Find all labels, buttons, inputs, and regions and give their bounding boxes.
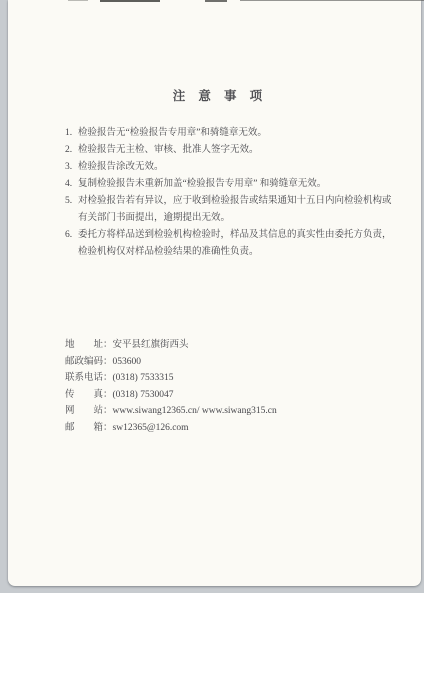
contact-block: 地 址：安平县红旗街西头 邮政编码：053600 联系电话：(0318) 753…: [65, 337, 395, 436]
notice-item: 3. 检验报告涂改无效。: [65, 159, 405, 176]
notice-item: 2. 检验报告无主检、审核、批准人签字无效。: [65, 142, 405, 159]
notice-item: 1. 检验报告无“检验报告专用章”和骑缝章无效。: [65, 125, 405, 142]
contact-label: 传 真：: [65, 390, 113, 400]
notice-item-text: 复制检验报告未重新加盖“检验报告专用章” 和骑缝章无效。: [78, 176, 400, 193]
contact-value: (0318) 7533315: [113, 373, 174, 383]
scan-edge-artifact: [240, 0, 424, 1]
contact-value: 053600: [113, 357, 142, 367]
notice-item-text: 检验报告涂改无效。: [78, 159, 400, 176]
notice-title: 注 意 事 项: [8, 86, 424, 104]
scanned-page: 注 意 事 项 1. 检验报告无“检验报告专用章”和骑缝章无效。 2. 检验报告…: [8, 0, 421, 586]
scan-edge-artifact: [205, 0, 227, 2]
contact-label: 网 站：: [65, 406, 113, 416]
contact-label: 联系电话：: [65, 373, 113, 383]
contact-value: sw12365@126.com: [113, 423, 189, 433]
contact-label: 地 址：: [65, 340, 113, 350]
notice-item-number: 4.: [65, 176, 78, 193]
contact-label: 邮 箱：: [65, 423, 113, 433]
scan-edge-artifact: [68, 0, 88, 1]
contact-email: 邮 箱：sw12365@126.com: [65, 420, 395, 437]
notice-item-number: 2.: [65, 142, 78, 159]
notice-item: 5. 对检验报告若有异议，应于收到检验报告或结果通知十五日内向检验机构或有关部门…: [65, 193, 405, 227]
contact-value: (0318) 7530047: [113, 390, 174, 400]
notice-item: 4. 复制检验报告未重新加盖“检验报告专用章” 和骑缝章无效。: [65, 176, 405, 193]
notice-list: 1. 检验报告无“检验报告专用章”和骑缝章无效。 2. 检验报告无主检、审核、批…: [65, 125, 405, 261]
notice-item-text: 检验报告无主检、审核、批准人签字无效。: [78, 142, 400, 159]
notice-item-number: 3.: [65, 159, 78, 176]
notice-item-number: 5.: [65, 193, 78, 210]
contact-phone: 联系电话：(0318) 7533315: [65, 370, 395, 387]
contact-postcode: 邮政编码：053600: [65, 354, 395, 371]
notice-item: 6. 委托方将样品送到检验机构检验时，样品及其信息的真实性由委托方负责，检验机构…: [65, 227, 405, 261]
notice-item-text: 检验报告无“检验报告专用章”和骑缝章无效。: [78, 125, 400, 142]
notice-item-number: 6.: [65, 227, 78, 244]
contact-address: 地 址：安平县红旗街西头: [65, 337, 395, 354]
contact-value: 安平县红旗街西头: [113, 340, 189, 350]
scanned-document: 注 意 事 项 1. 检验报告无“检验报告专用章”和骑缝章无效。 2. 检验报告…: [0, 0, 424, 700]
scan-edge-artifact: [100, 0, 160, 2]
notice-item-number: 1.: [65, 125, 78, 142]
contact-fax: 传 真：(0318) 7530047: [65, 387, 395, 404]
contact-label: 邮政编码：: [65, 357, 113, 367]
contact-website: 网 站：www.siwang12365.cn/ www.siwang315.cn: [65, 403, 395, 420]
contact-value: www.siwang12365.cn/ www.siwang315.cn: [113, 406, 277, 416]
notice-item-text: 委托方将样品送到检验机构检验时，样品及其信息的真实性由委托方负责，检验机构仅对样…: [78, 227, 400, 261]
notice-item-text: 对检验报告若有异议，应于收到检验报告或结果通知十五日内向检验机构或有关部门书面提…: [78, 193, 400, 227]
